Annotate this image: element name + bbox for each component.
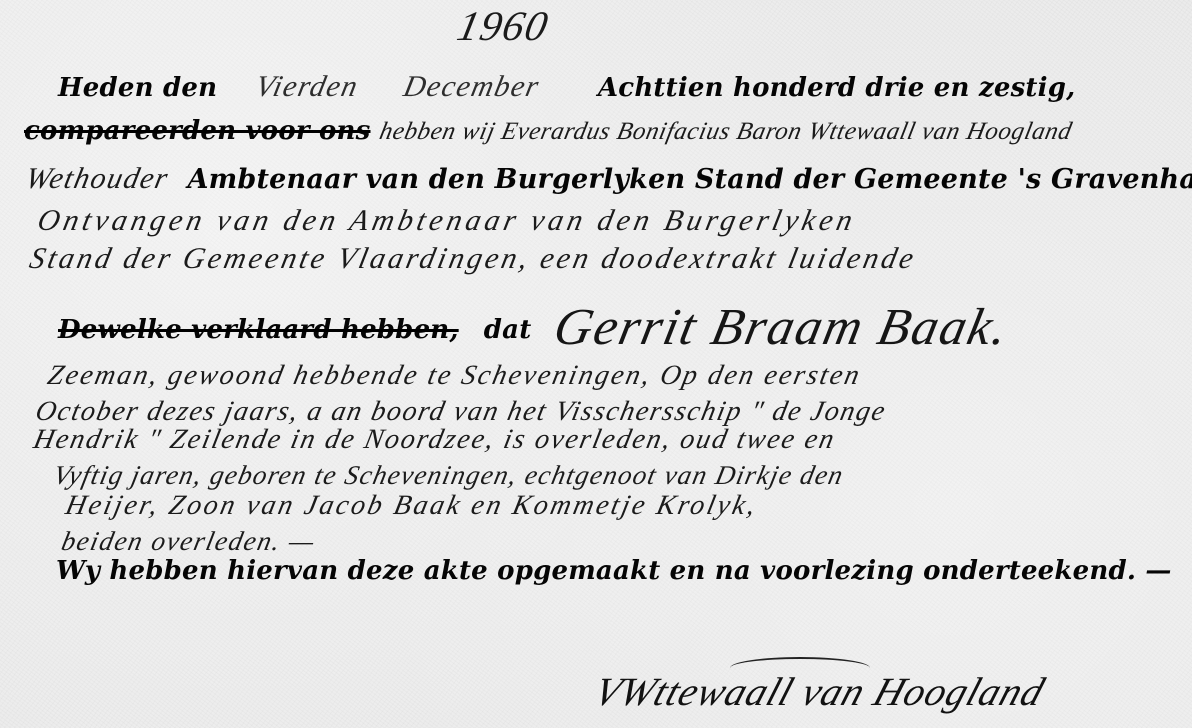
hand-officer-name: hebben wij Everardus Bonifacius Baron Wt… — [377, 119, 1074, 144]
line-beiden: beiden overleden. — — [62, 528, 329, 555]
printed-closing: Wy hebben hiervan deze akte opgemaakt en… — [56, 558, 1172, 584]
line-october: October dezes jaars, a an boord van het … — [36, 398, 900, 426]
hand-deceased-name: Gerrit Braam Baak. — [549, 302, 1013, 354]
hand-stand-vlaardingen: Stand der Gemeente Vlaardingen, een dood… — [27, 244, 919, 274]
printed-struck-compareerden: compareerden voor ons — [24, 118, 371, 144]
signature-text: VWttewaall van Hoogland — [589, 669, 1051, 714]
hand-occupation-residence: Zeeman, gewoond hebbende te Scheveningen… — [45, 362, 864, 390]
printed-dat: dat — [484, 317, 532, 343]
line-ambtenaar: Wethouder Ambtenaar van den Burgerlyken … — [26, 164, 1192, 194]
line-zeeman: Zeeman, gewoond hebbende te Scheveningen… — [48, 362, 875, 390]
record-number-text: 1960 — [453, 4, 553, 50]
record-number: 1960 — [454, 6, 553, 48]
line-vyftig: Vyftig jaren, geboren te Scheveningen, e… — [54, 462, 857, 489]
line-date: Heden den Vierden December Achttien hond… — [58, 72, 1089, 102]
hand-month: December — [400, 72, 542, 102]
line-ontvangen: Ontvangen van den Ambtenaar van den Burg… — [38, 206, 870, 236]
printed-struck-dewelke: Dewelke verklaard hebben, — [58, 317, 459, 343]
line-closing: Wy hebben hiervan deze akte opgemaakt en… — [56, 558, 1186, 584]
registrar-signature: VWttewaall van Hoogland — [588, 668, 1051, 715]
hand-place-age: Hendrik " Zeilende in de Noordzee, is ov… — [31, 426, 838, 454]
printed-heden-den: Heden den — [58, 75, 217, 101]
line-heijer: Heijer, Zoon van Jacob Baak en Kommetje … — [66, 492, 771, 520]
hand-date-ship: October dezes jaars, a an boord van het … — [33, 398, 889, 426]
line-compareerden: compareerden voor ons hebben wij Everard… — [24, 118, 1085, 144]
hand-parents: Heijer, Zoon van Jacob Baak en Kommetje … — [63, 492, 760, 520]
hand-beiden-overleden: beiden overleden. — — [59, 528, 318, 555]
hand-wethouder: Wethouder — [23, 164, 172, 194]
hand-day: Vierden — [253, 72, 362, 102]
line-stand-vlaardingen: Stand der Gemeente Vlaardingen, een dood… — [30, 244, 930, 274]
line-hendrik: Hendrik " Zeilende in de Noordzee, is ov… — [34, 426, 849, 454]
hand-ontvangen: Ontvangen van den Ambtenaar van den Burg… — [35, 206, 859, 236]
hand-birth-spouse: Vyftig jaren, geboren te Scheveningen, e… — [51, 462, 846, 489]
line-deceased-name: Dewelke verklaard hebben, dat Gerrit Bra… — [58, 296, 1022, 348]
printed-year: Achttien honderd drie en zestig, — [598, 75, 1075, 101]
printed-ambtenaar: Ambtenaar van den Burgerlyken Stand der … — [187, 166, 1192, 193]
